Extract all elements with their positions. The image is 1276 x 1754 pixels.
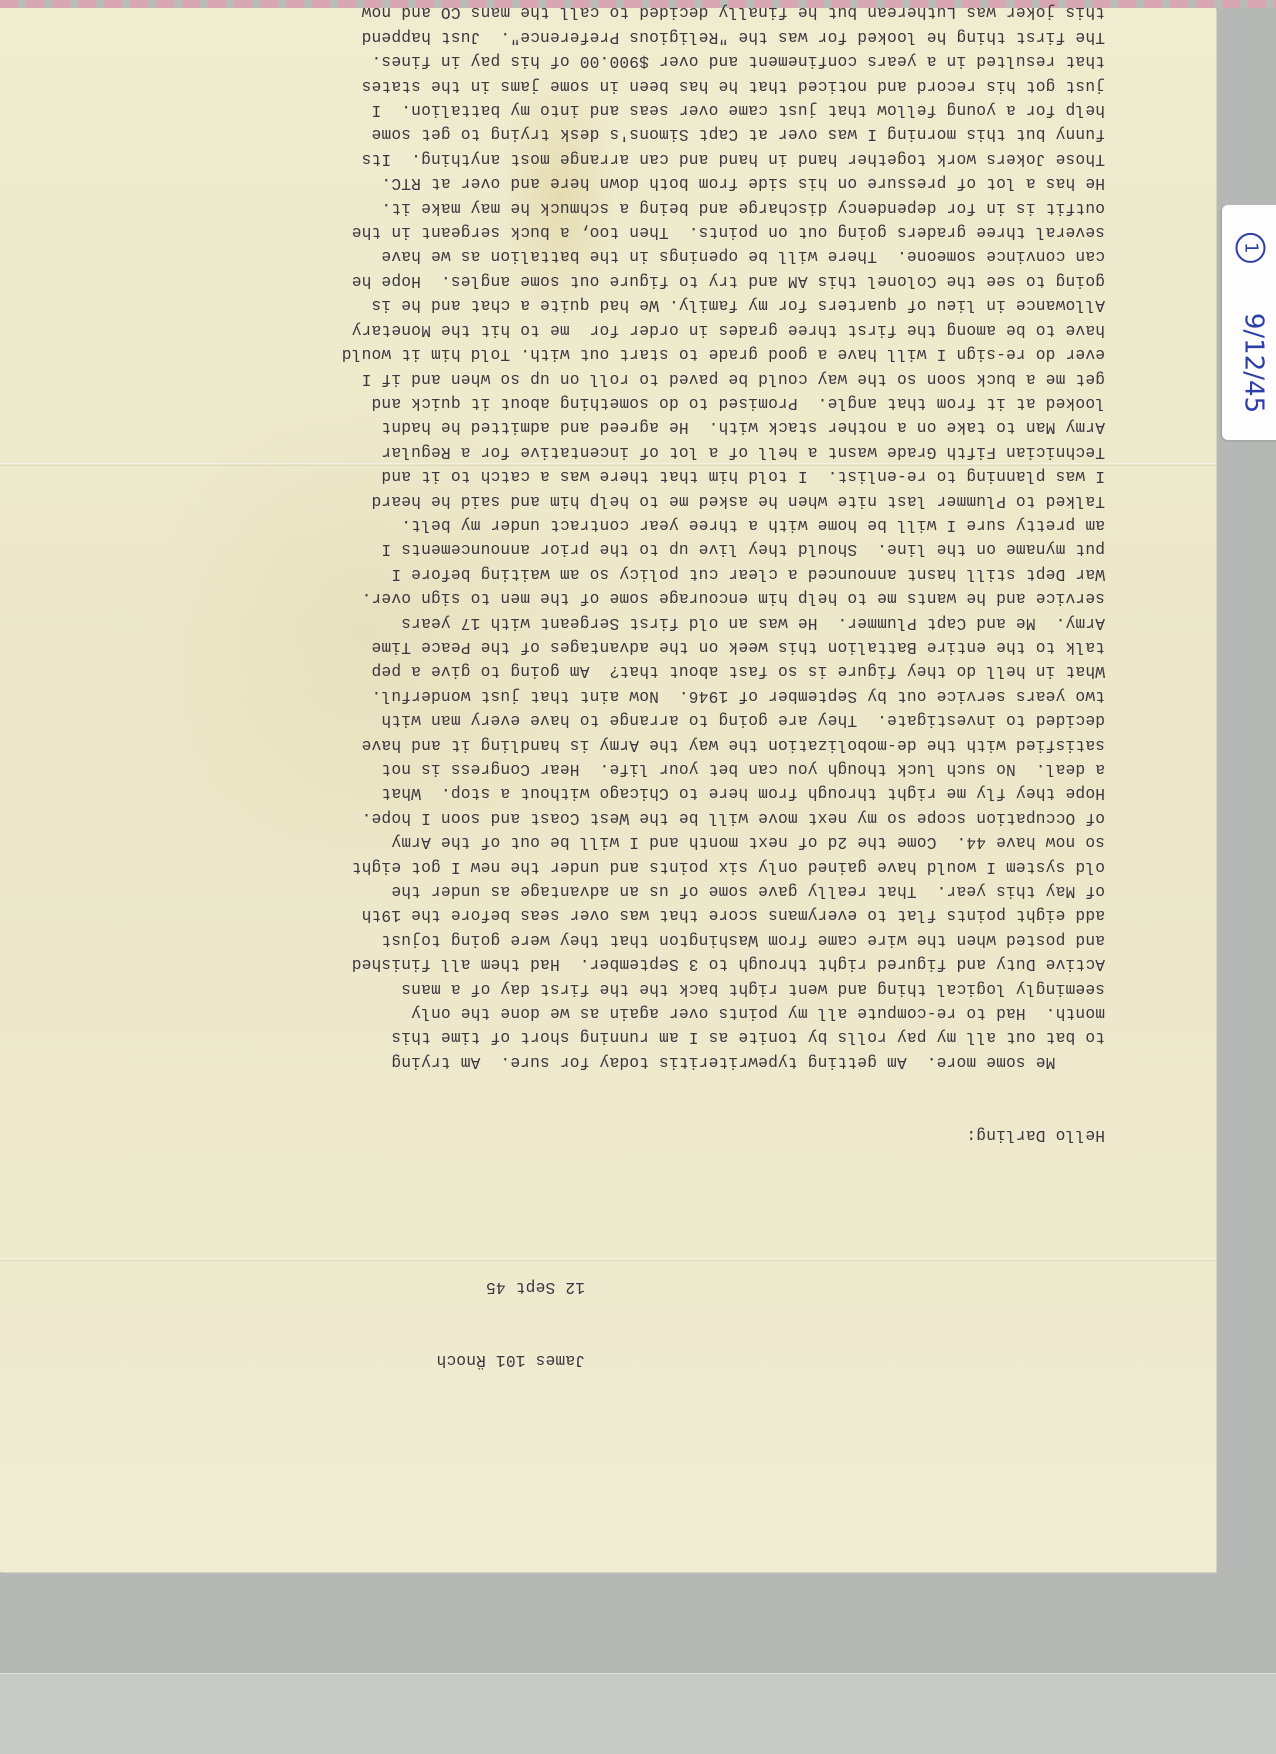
sticky-note-text: 19/12/45 (1236, 232, 1269, 412)
letter-line: can convince someone. There will be open… (140, 244, 1105, 268)
letter-line: to bat out all my pay rolls by tonite as… (140, 1025, 1105, 1049)
letter-line: have to be among the first three grades … (140, 317, 1105, 341)
date-line: 12 Sept 45 (140, 1275, 585, 1299)
typewritten-letter: James 101 R̈noch 12 Sept 45 Hello Darlin… (140, 50, 1105, 1500)
letter-line: Army. Me and Capt Plummer. He was an old… (140, 610, 1105, 634)
letter-body: Me some more. Am getting typewriteritis … (140, 0, 1105, 1074)
letter-line: old system I would have gained only six … (140, 854, 1105, 878)
letter-page: James 101 R̈noch 12 Sept 45 Hello Darlin… (0, 8, 1216, 1572)
sticky-note-label: 19/12/45 (1222, 205, 1276, 440)
letter-line: month. Had to re-compute all my points o… (140, 1001, 1105, 1025)
letter-line: Hope they fly me right through from here… (140, 781, 1105, 805)
letter-line: of May this year. That really gave some … (140, 879, 1105, 903)
letter-line: Those Jokers work together hand in hand … (140, 146, 1105, 170)
letter-line: ever do re-sign I will have a good grade… (140, 342, 1105, 366)
letter-line: War Dept still hasnt announced a clear c… (140, 561, 1105, 585)
letter-line: Technician Fifth Grade wasnt a hell of a… (140, 439, 1105, 463)
letter-line: outfit is in for dependency discharge an… (140, 195, 1105, 219)
letter-line: a deal. No such luck though you can bet … (140, 757, 1105, 781)
letter-line: satisfied with the de-mobolization the w… (140, 732, 1105, 756)
letter-header: James 101 R̈noch 12 Sept 45 (140, 1226, 585, 1421)
letter-line: talk to the entire Battalion this week o… (140, 635, 1105, 659)
salutation: Hello Darling: (140, 1123, 1105, 1147)
letter-line: just got his record and noticed that he … (140, 73, 1105, 97)
letter-line: help for a young fellow that just came o… (140, 98, 1105, 122)
letter-line: add eight points flat to everymans score… (140, 903, 1105, 927)
sender-line: James 101 R̈noch (140, 1348, 585, 1372)
letter-line: He has a lot of pressure on his side fro… (140, 171, 1105, 195)
letter-line: Talked to Plummer last nite when he aske… (140, 488, 1105, 512)
letter-text: James 101 R̈noch 12 Sept 45 Hello Darlin… (140, 0, 1105, 1500)
letter-line: put myname on the line. Should they live… (140, 537, 1105, 561)
letter-line: Army Man to take on a nother stack with.… (140, 415, 1105, 439)
letter-line: of Occupation scope so my next move will… (140, 805, 1105, 829)
letter-line: What in hell do they figure is so fast a… (140, 659, 1105, 683)
letter-line: two years service out by September of 19… (140, 683, 1105, 707)
letter-line: am pretty sure I will be home with a thr… (140, 513, 1105, 537)
letter-line: service and he wants me to help him enco… (140, 586, 1105, 610)
letter-line: I was planning to re-enlist. I told him … (140, 464, 1105, 488)
letter-line: funny but this morning I was over at Cap… (140, 122, 1105, 146)
scanner-background-lower (0, 1673, 1276, 1754)
letter-line: so now have 44. Come the 2d of next mont… (140, 830, 1105, 854)
letter-line: looked at it from that angle. Promised t… (140, 391, 1105, 415)
letter-line: get me a buck soon so the way could be p… (140, 366, 1105, 390)
letter-line: going to see the Colonel this AM and try… (140, 269, 1105, 293)
letter-line: this joker was Lutherean but he finally … (140, 0, 1105, 24)
letter-line: decided to investigate. They are going t… (140, 708, 1105, 732)
circled-index-number: 1 (1236, 232, 1266, 262)
letter-line: several three graders going out on point… (140, 220, 1105, 244)
letter-line: Active Duty and figured right through to… (140, 952, 1105, 976)
letter-line: The first thing he looked for was the "R… (140, 24, 1105, 48)
letter-line: Me some more. Am getting typewriteritis … (140, 1050, 1105, 1074)
letter-line: seemingly logical thing and went right b… (140, 976, 1105, 1000)
letter-line: that resulted in a years confinement and… (140, 49, 1105, 73)
handwritten-date: 9/12/45 (1239, 312, 1269, 412)
letter-line: Allowance in lieu of quarters for my fam… (140, 293, 1105, 317)
letter-line: and posted when the wire came from Washi… (140, 927, 1105, 951)
